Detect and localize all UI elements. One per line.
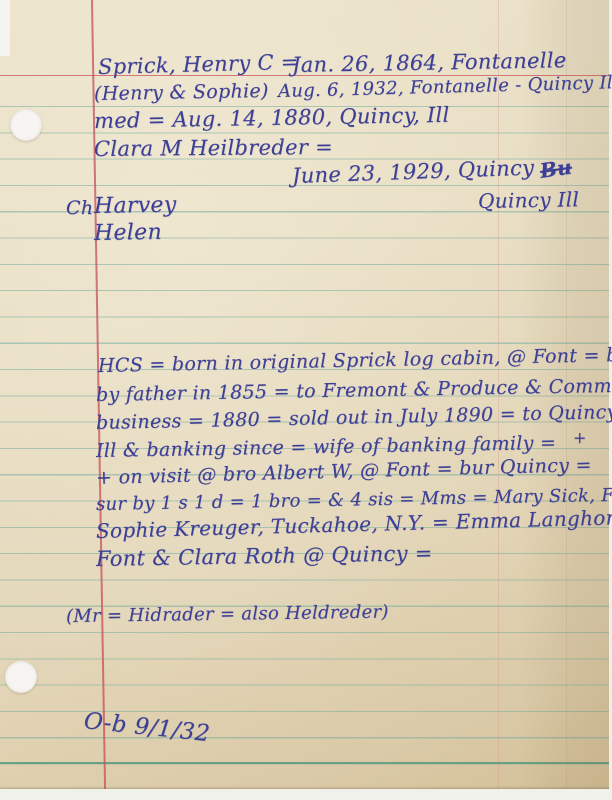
insertion-mark: +: [573, 428, 587, 447]
punch-hole-top: [10, 109, 42, 141]
children-label: Ch: [66, 197, 93, 219]
spouse-name: Clara M Heilbreder =: [94, 135, 333, 161]
punch-hole-bottom: [5, 661, 37, 693]
birth-date: Jan. 26, 1864, Fontanelle: [292, 48, 567, 77]
child-name-1: Harvey: [94, 193, 177, 219]
child-name-2: Helen: [94, 220, 162, 246]
scribbled-mark: Bu: [538, 155, 573, 183]
scanned-notebook-page: Sprick, Henry C = Jan. 26, 1864, Fontane…: [0, 0, 612, 800]
spouse-burial-place: Quincy Ill: [478, 187, 580, 213]
parents-names: (Henry & Sophie): [94, 80, 269, 105]
scanner-edge-top-left: [0, 0, 10, 56]
scanner-edge-bottom: [0, 789, 612, 800]
